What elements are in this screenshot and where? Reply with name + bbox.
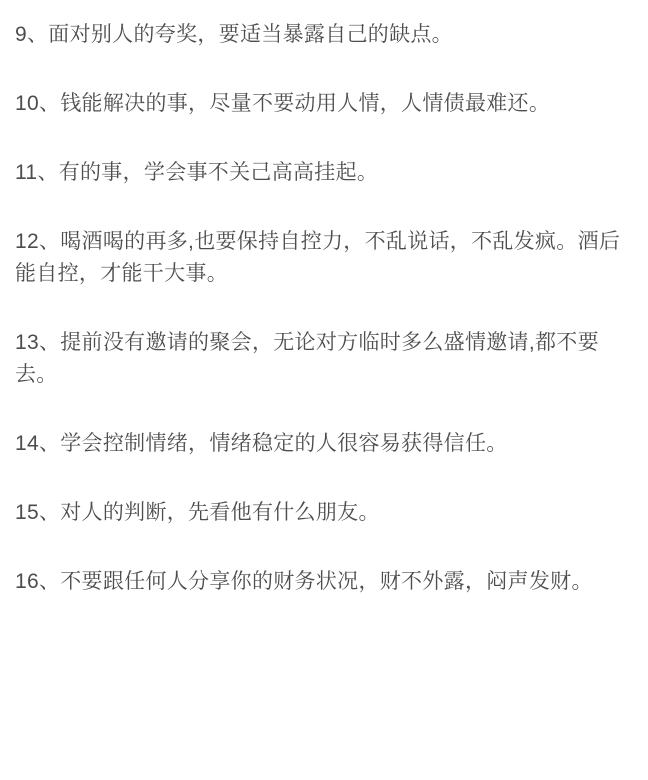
advice-item-16: 16、不要跟任何人分享你的财务状况，财不外露，闷声发财。 — [15, 566, 634, 598]
advice-item-12: 12、喝酒喝的再多,也要保持自控力，不乱说话，不乱发疯。酒后能自控，才能干大事。 — [15, 226, 634, 290]
advice-item-13: 13、提前没有邀请的聚会，无论对方临时多么盛情邀请,都不要去。 — [15, 327, 634, 391]
advice-item-10: 10、钱能解决的事，尽量不要动用人情，人情债最难还。 — [15, 88, 634, 120]
text-page: 9、面对别人的夸奖，要适当暴露自己的缺点。 10、钱能解决的事，尽量不要动用人情… — [0, 0, 648, 780]
advice-item-9: 9、面对别人的夸奖，要适当暴露自己的缺点。 — [15, 19, 634, 51]
advice-item-15: 15、对人的判断，先看他有什么朋友。 — [15, 497, 634, 529]
advice-item-11: 11、有的事，学会事不关己高高挂起。 — [15, 157, 634, 189]
advice-item-14: 14、学会控制情绪，情绪稳定的人很容易获得信任。 — [15, 428, 634, 460]
